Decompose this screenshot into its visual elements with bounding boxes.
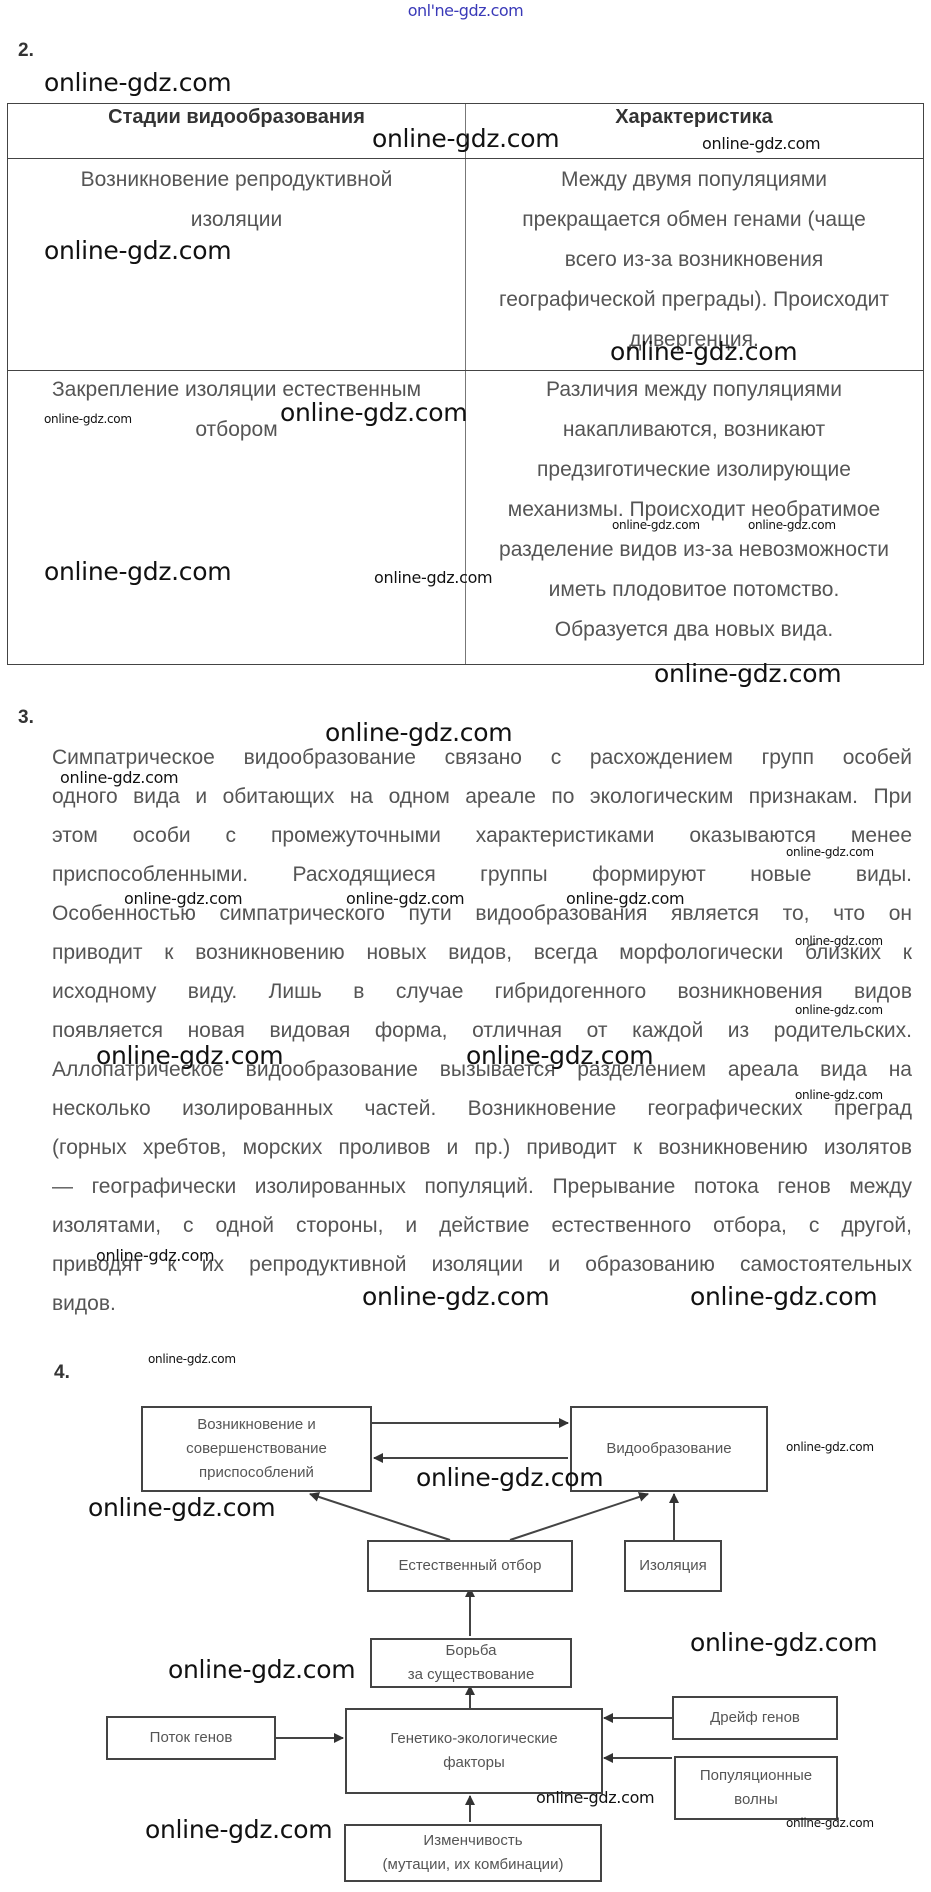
box-line: за существование: [408, 1663, 535, 1687]
box-adaptations: Возникновение и совершенствование приспо…: [141, 1406, 372, 1492]
box-line: Популяционные: [700, 1764, 812, 1788]
cell-line: предзиготические изолирующие: [465, 450, 923, 490]
watermark: online-gdz.com: [786, 1440, 874, 1454]
box-natural-selection: Естественный отбор: [367, 1540, 573, 1592]
watermark: online-gdz.com: [536, 1788, 654, 1807]
watermark: online-gdz.com: [654, 659, 841, 688]
cell-line: Возникновение репродуктивной: [8, 160, 465, 200]
table-row-1-stage: Возникновение репродуктивной изоляции: [8, 160, 465, 240]
watermark: online-gdz.com: [748, 518, 836, 532]
watermark: online-gdz.com: [168, 1655, 355, 1684]
paragraph-line: изолятами, с одной стороны, и действие е…: [52, 1206, 912, 1245]
paragraph-line: одного вида и обитающих на одном ареале …: [52, 777, 912, 816]
watermark: online-gdz.com: [690, 1282, 877, 1311]
box-line: Возникновение и: [186, 1413, 327, 1437]
cell-line: накапливаются, возникают: [465, 410, 923, 450]
speciation-paragraph: Симпатрическое видообразование связано с…: [52, 738, 912, 1323]
watermark: online-gdz.com: [374, 568, 492, 587]
paragraph-line: приводит к возникновению новых видов, вс…: [52, 933, 912, 972]
box-line: приспособлений: [186, 1461, 327, 1485]
paragraph-line: исходному виду. Лишь в случае гибридоген…: [52, 972, 912, 1011]
box-line: волны: [700, 1788, 812, 1812]
cell-line: прекращается обмен генами (чаще: [465, 200, 923, 240]
watermark: online-gdz.com: [466, 1041, 653, 1070]
watermark: online-gdz.com: [795, 1088, 883, 1102]
watermark: online-gdz.com: [44, 236, 231, 265]
watermark: online-gdz.com: [566, 889, 684, 908]
cell-line: географической преграды). Происходит: [465, 280, 923, 320]
watermark: online-gdz.com: [795, 934, 883, 948]
box-line: (мутации, их комбинации): [383, 1853, 564, 1877]
watermark: online-gdz.com: [148, 1352, 236, 1366]
cell-line: разделение видов из-за невозможности: [465, 530, 923, 570]
watermark: online-gdz.com: [786, 1816, 874, 1830]
watermark: online-gdz.com: [786, 845, 874, 859]
cell-line: Между двумя популяциями: [465, 160, 923, 200]
watermark: online-gdz.com: [96, 1246, 214, 1265]
box-line: факторы: [390, 1751, 557, 1775]
box-line: Изменчивость: [383, 1829, 564, 1853]
box-population-waves: Популяционные волны: [674, 1756, 838, 1820]
watermark: online-gdz.com: [44, 557, 231, 586]
watermark: online-gdz.com: [690, 1628, 877, 1657]
table-row-2-description: Различия между популяциями накапливаются…: [465, 370, 923, 650]
box-genetic-ecological-factors: Генетико-экологические факторы: [345, 1708, 603, 1794]
task-4-number: 4.: [54, 1362, 70, 1384]
watermark: online-gdz.com: [60, 768, 178, 787]
watermark: online-gdz.com: [702, 134, 820, 153]
box-struggle-for-existence: Борьба за существование: [370, 1638, 572, 1688]
watermark: online-gdz.com: [145, 1815, 332, 1844]
watermark: online-gdz.com: [612, 518, 700, 532]
watermark: online-gdz.com: [372, 124, 559, 153]
site-header-watermark: onl'ne-gdz.com: [0, 1, 931, 20]
watermark: online-gdz.com: [44, 412, 132, 426]
watermark: online-gdz.com: [610, 337, 797, 366]
watermark: online-gdz.com: [88, 1493, 275, 1522]
box-isolation: Изоляция: [624, 1540, 722, 1592]
task-2-number: 2.: [18, 40, 34, 62]
task-3-number: 3.: [18, 707, 34, 729]
cell-line: изоляции: [8, 200, 465, 240]
paragraph-line: несколько изолированных частей. Возникно…: [52, 1089, 912, 1128]
table-row-1-description: Между двумя популяциями прекращается обм…: [465, 160, 923, 360]
cell-line: Различия между популяциями: [465, 370, 923, 410]
watermark: online-gdz.com: [795, 1003, 883, 1017]
paragraph-line: (горных хребтов, морских проливов и пр.)…: [52, 1128, 912, 1167]
watermark: online-gdz.com: [280, 398, 467, 427]
cell-line: всего из-за возникновения: [465, 240, 923, 280]
watermark: online-gdz.com: [362, 1282, 549, 1311]
row-divider: [8, 158, 923, 159]
watermark: online-gdz.com: [96, 1041, 283, 1070]
box-line: Генетико-экологические: [390, 1727, 557, 1751]
cell-line: Образуется два новых вида.: [465, 610, 923, 650]
paragraph-line: этом особи с промежуточными характеристи…: [52, 816, 912, 855]
watermark: online-gdz.com: [346, 889, 464, 908]
watermark: online-gdz.com: [416, 1463, 603, 1492]
box-variability: Изменчивость (мутации, их комбинации): [344, 1824, 602, 1882]
watermark: online-gdz.com: [44, 68, 231, 97]
box-line: совершенствование: [186, 1437, 327, 1461]
box-gene-drift: Дрейф генов: [672, 1696, 838, 1740]
cell-line: иметь плодовитое потомство.: [465, 570, 923, 610]
watermark: online-gdz.com: [124, 889, 242, 908]
paragraph-line: — географически изолированных популяций.…: [52, 1167, 912, 1206]
box-gene-flow: Поток генов: [106, 1716, 276, 1760]
box-line: Борьба: [408, 1639, 535, 1663]
paragraph-line: Симпатрическое видообразование связано с…: [52, 738, 912, 777]
